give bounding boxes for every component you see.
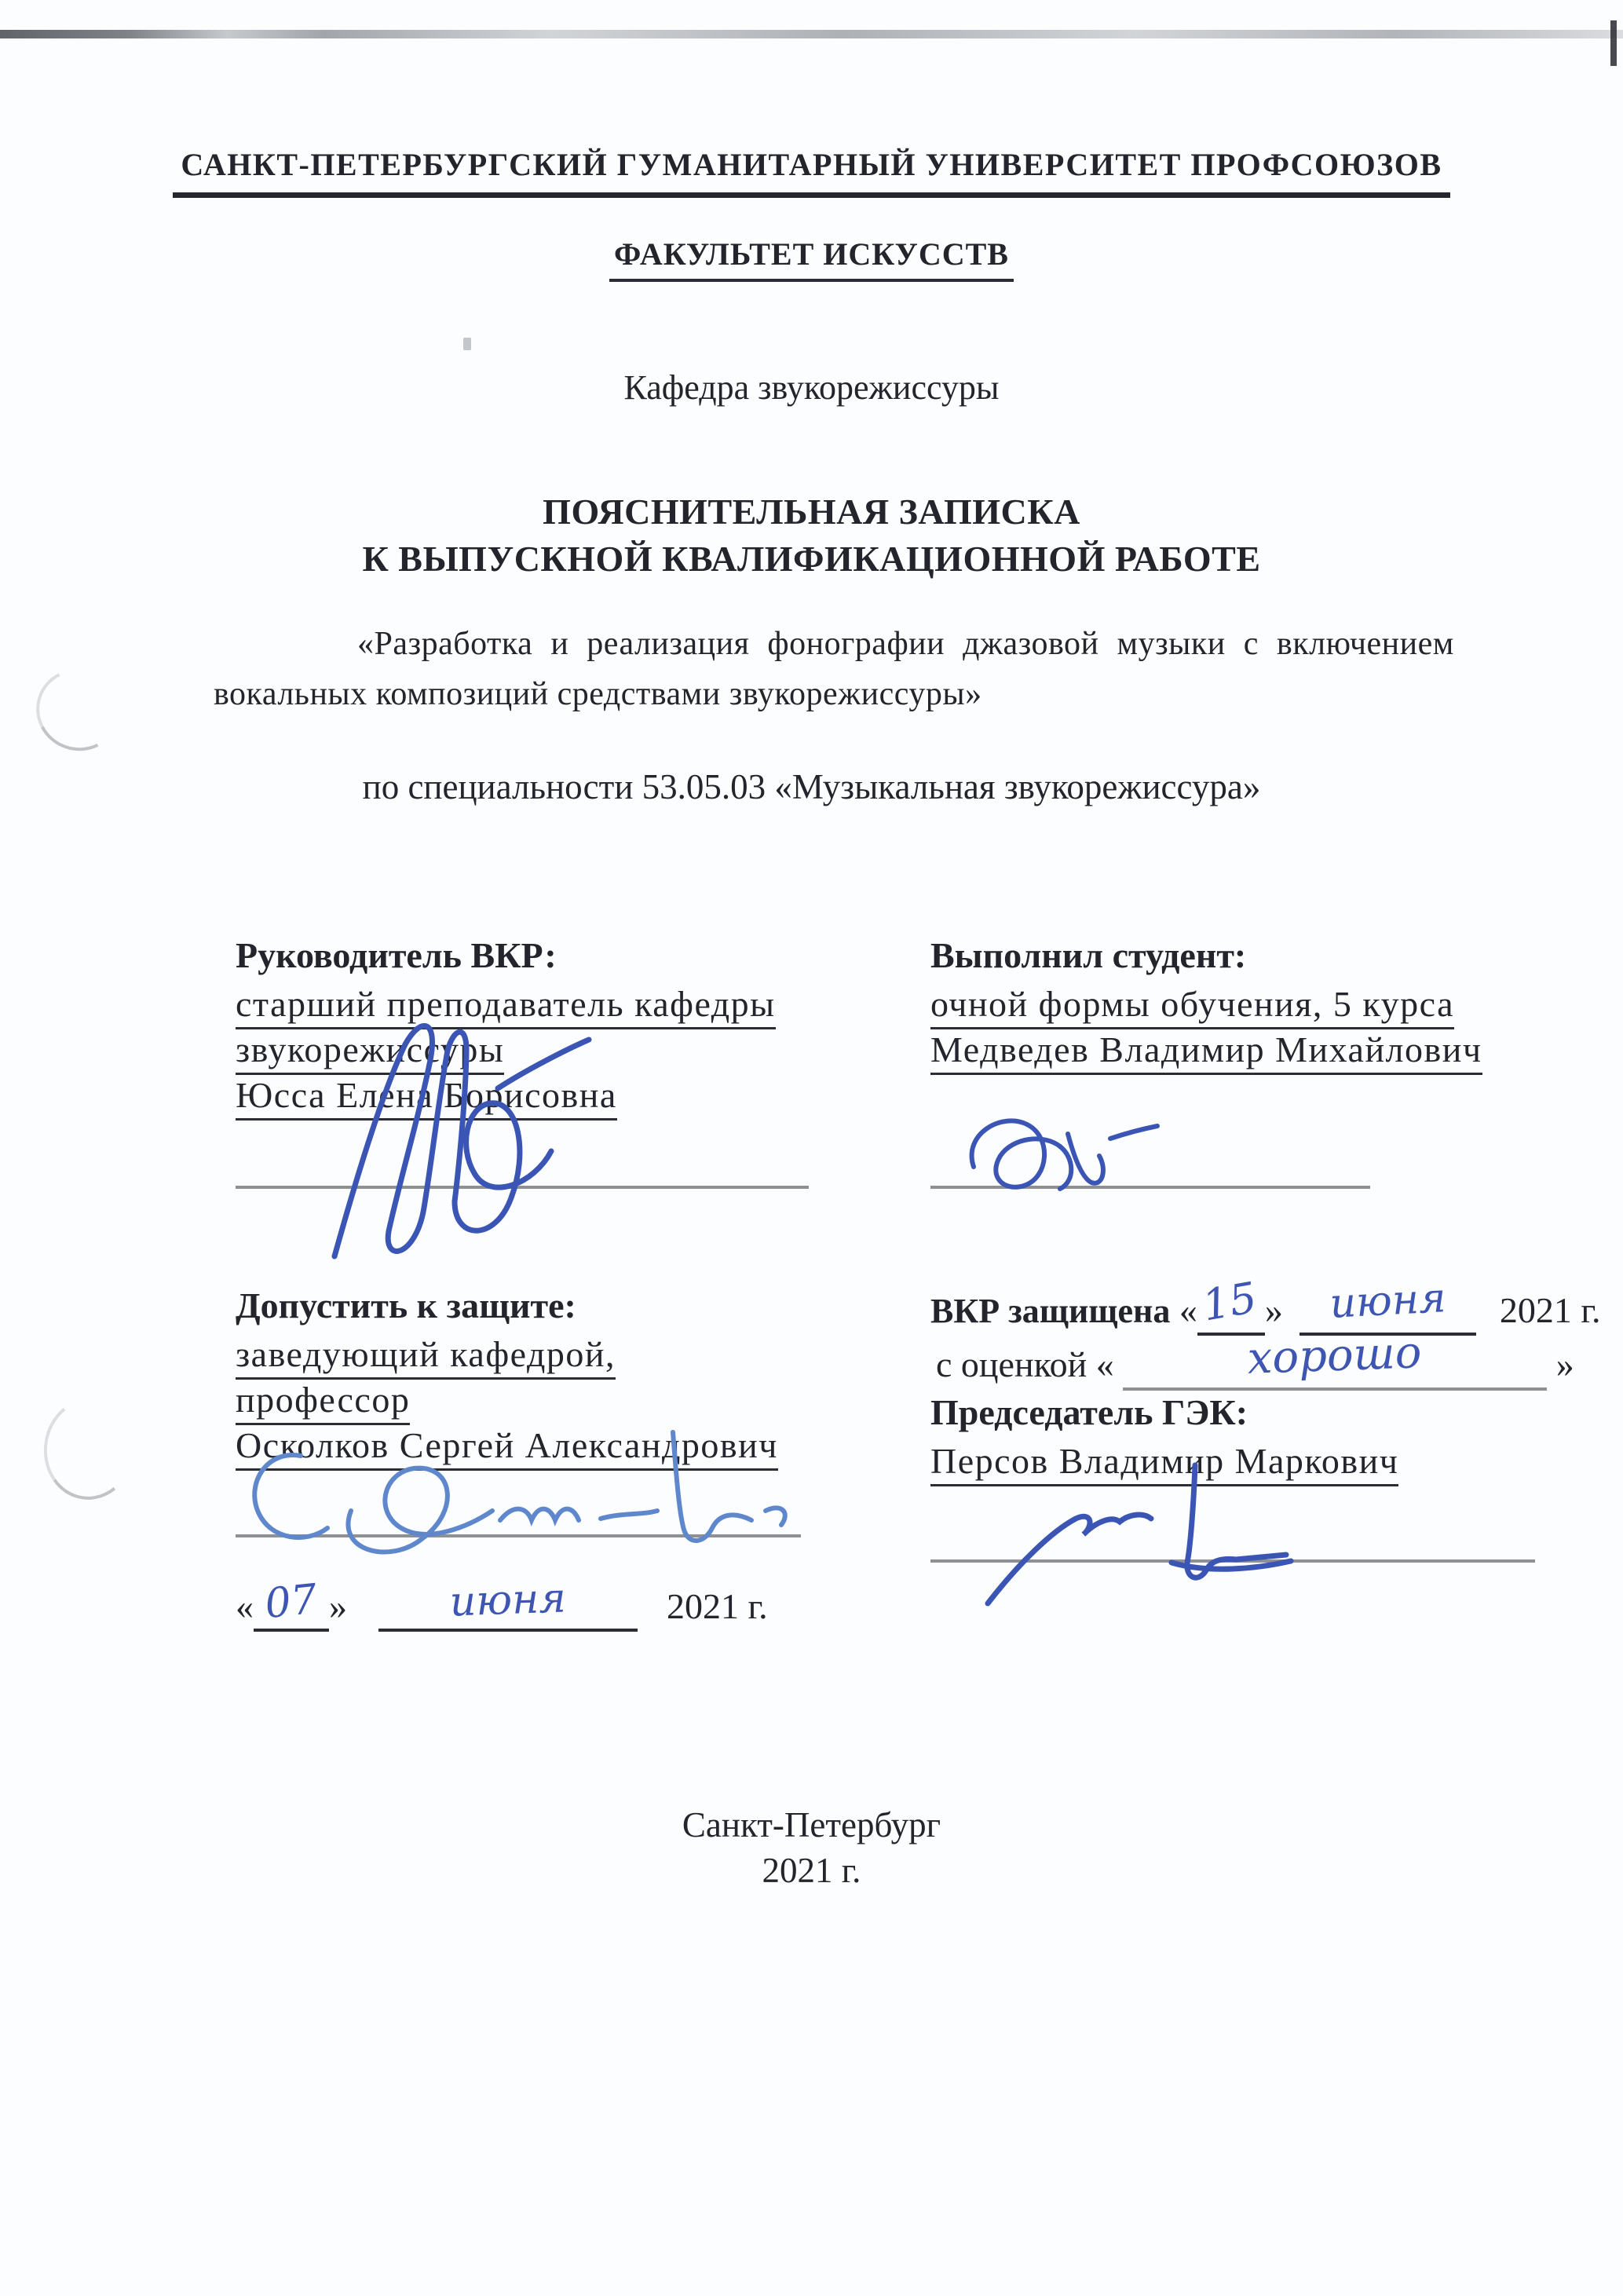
document-title-line1: ПОЯСНИТЕЛЬНАЯ ЗАПИСКА bbox=[0, 488, 1623, 536]
admission-date-row: «07» июня 2021 г. bbox=[236, 1581, 768, 1632]
defense-day-handwritten: 15 bbox=[1199, 1273, 1261, 1331]
scan-artifact-speck bbox=[463, 338, 471, 350]
scan-artifact-punch-hole-lower bbox=[38, 1392, 142, 1506]
thesis-subject-line1: «Разработка и реализация фонографии джаз… bbox=[357, 625, 1454, 663]
defense-grade-label: с оценкой bbox=[936, 1344, 1087, 1384]
admission-day-blank: 07 bbox=[254, 1581, 329, 1632]
department-name: Кафедра звукорежиссуры bbox=[0, 367, 1623, 408]
defense-year: 2021 г. bbox=[1500, 1290, 1601, 1330]
defense-grade-row: с оценкой « хорошо » bbox=[936, 1336, 1574, 1391]
scan-artifact-punch-hole-upper bbox=[26, 658, 132, 762]
faculty-name: ФАКУЛЬТЕТ ИСКУССТВ bbox=[0, 236, 1623, 282]
defense-close-quote: » bbox=[1265, 1290, 1283, 1330]
student-name: Медведев Владимир Михайлович bbox=[930, 1029, 1482, 1075]
specialty-line: по специальности 53.05.03 «Музыкальная з… bbox=[0, 766, 1623, 807]
supervisor-label: Руководитель ВКР: bbox=[236, 934, 557, 976]
chairman-label: Председатель ГЭК: bbox=[930, 1391, 1248, 1433]
student-signature bbox=[956, 1102, 1176, 1201]
document-title: ПОЯСНИТЕЛЬНАЯ ЗАПИСКА К ВЫПУСКНОЙ КВАЛИФ… bbox=[0, 488, 1623, 583]
admission-label: Допустить к защите: bbox=[236, 1285, 576, 1326]
admission-open-quote: « bbox=[236, 1586, 254, 1626]
thesis-subject-line2: вокальных композиций средствами звукореж… bbox=[214, 675, 982, 713]
footer-year: 2021 г. bbox=[0, 1850, 1623, 1891]
defense-day-blank: 15 bbox=[1197, 1283, 1265, 1336]
scan-artifact-right-tick bbox=[1610, 20, 1617, 66]
university-name: САНКТ-ПЕТЕРБУРГСКИЙ ГУМАНИТАРНЫЙ УНИВЕРС… bbox=[0, 146, 1623, 198]
defense-grade-close-quote: » bbox=[1556, 1344, 1574, 1384]
scanned-thesis-title-page: САНКТ-ПЕТЕРБУРГСКИЙ ГУМАНИТАРНЫЙ УНИВЕРС… bbox=[0, 0, 1623, 2296]
admission-year: 2021 г. bbox=[667, 1586, 768, 1626]
admission-signature bbox=[232, 1410, 821, 1567]
admission-day-handwritten: 07 bbox=[263, 1576, 320, 1629]
scan-artifact-top-streak bbox=[0, 30, 1623, 38]
defense-grade-blank: хорошо bbox=[1123, 1336, 1547, 1391]
admission-position-line1: заведующий кафедрой, bbox=[236, 1333, 616, 1380]
chairman-signature bbox=[974, 1443, 1351, 1612]
defense-month-handwritten: июня bbox=[1329, 1274, 1447, 1328]
defense-date-row: ВКР защищена «15» июня 2021 г. bbox=[930, 1283, 1601, 1336]
defense-label: ВКР защищена bbox=[930, 1292, 1170, 1330]
defense-open-quote: « bbox=[1179, 1290, 1197, 1330]
defense-grade-handwritten: хорошо bbox=[1247, 1327, 1423, 1384]
student-label: Выполнил студент: bbox=[930, 934, 1246, 976]
defense-grade-open-quote: « bbox=[1096, 1344, 1114, 1384]
admission-close-quote: » bbox=[329, 1586, 347, 1626]
student-study-form: очной формы обучения, 5 курса bbox=[930, 983, 1454, 1029]
admission-month-handwritten: июня bbox=[448, 1574, 566, 1625]
footer-city: Санкт-Петербург bbox=[0, 1804, 1623, 1845]
admission-month-blank: июня bbox=[378, 1581, 638, 1632]
supervisor-signature bbox=[313, 996, 603, 1270]
document-title-line2: К ВЫПУСКНОЙ КВАЛИФИКАЦИОННОЙ РАБОТЕ bbox=[0, 536, 1623, 583]
